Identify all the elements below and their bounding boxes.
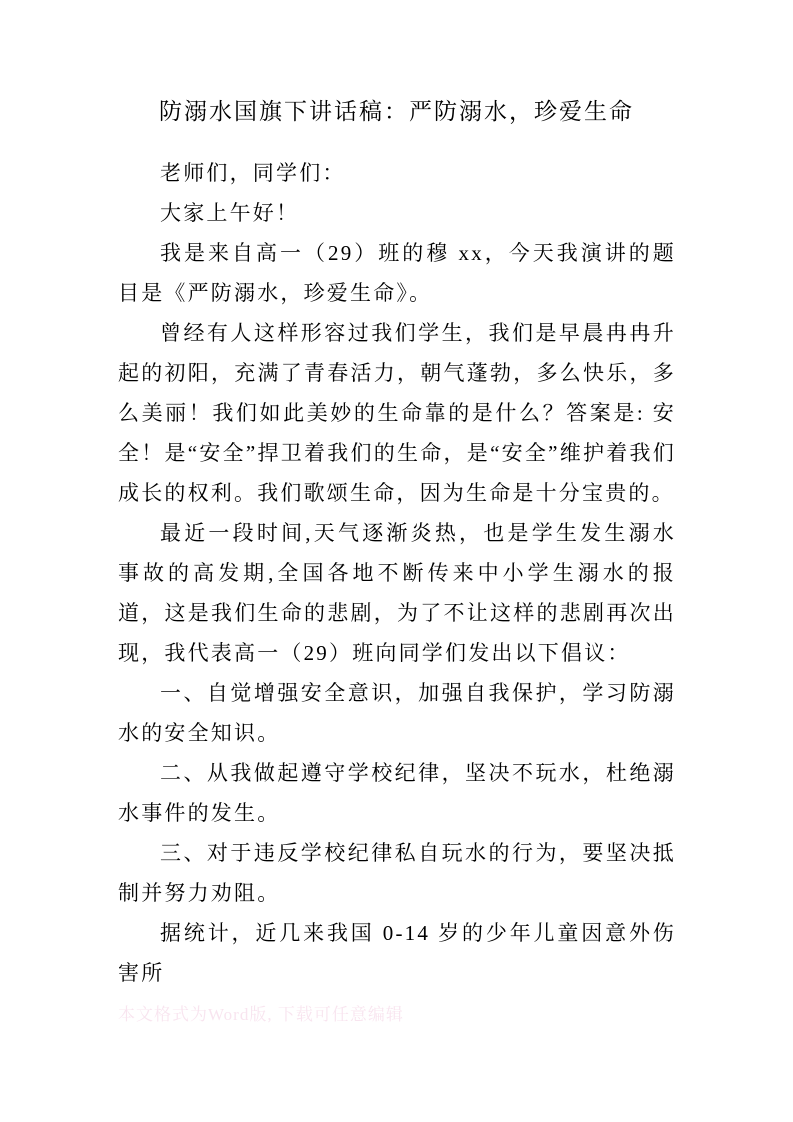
document-page: 防溺水国旗下讲话稿：严防溺水，珍爱生命 老师们，同学们： 大家上午好！ 我是来自… <box>0 0 793 1122</box>
watermark-text: 本文格式为Word版, 下载可任意编辑 <box>118 1000 404 1025</box>
paragraph-proposal-intro: 最近一段时间,天气逐渐炎热，也是学生发生溺水事故的高发期,全国各地不断传来中小学… <box>118 513 676 673</box>
paragraph-proposal-3: 三、对于违反学校纪律私自玩水的行为，要坚决抵制并努力劝阻。 <box>118 833 676 913</box>
paragraph-proposal-2: 二、从我做起遵守学校纪律，坚决不玩水，杜绝溺水事件的发生。 <box>118 753 676 833</box>
document-body: 老师们，同学们： 大家上午好！ 我是来自高一（29）班的穆 xx，今天我演讲的题… <box>118 153 676 993</box>
paragraph-introduction: 我是来自高一（29）班的穆 xx，今天我演讲的题目是《严防溺水，珍爱生命》。 <box>118 233 676 313</box>
paragraph-proposal-1: 一、自觉增强安全意识，加强自我保护，学习防溺水的安全知识。 <box>118 673 676 753</box>
paragraph-life-value: 曾经有人这样形容过我们学生，我们是早晨冉冉升起的初阳，充满了青春活力，朝气蓬勃，… <box>118 313 676 513</box>
paragraph-greeting: 大家上午好！ <box>118 193 676 233</box>
paragraph-statistics: 据统计，近几来我国 0-14 岁的少年儿童因意外伤害所 <box>118 913 676 993</box>
paragraph-salutation: 老师们，同学们： <box>118 153 676 193</box>
page-title: 防溺水国旗下讲话稿：严防溺水，珍爱生命 <box>90 97 703 127</box>
